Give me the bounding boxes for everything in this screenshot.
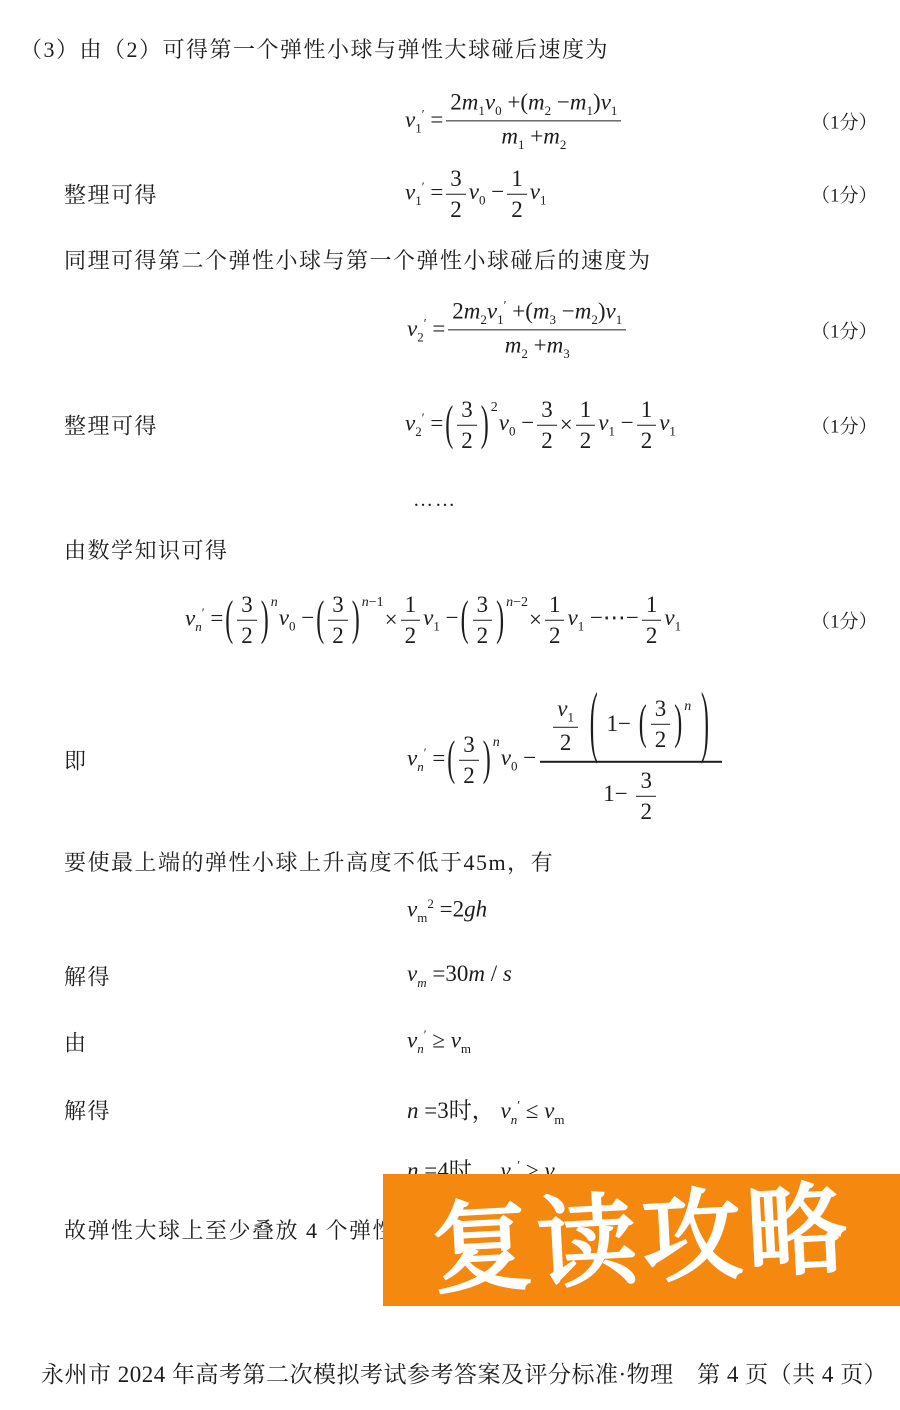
equation-row-6: 即 vn′ = ( 32 ) n v0 − v12 ( 1− ( 32 ) bbox=[0, 680, 900, 840]
fraction: 3 2 bbox=[446, 166, 466, 223]
formula-vm-squared: vm2 =2gh bbox=[407, 896, 487, 926]
formula-vn-ge-vm: vn′ ≥ vm bbox=[407, 1027, 471, 1057]
equation-row-4: 整理可得 v2′ = ( 32 ) 2 v0 − 32 × 12 v1 − 12… bbox=[0, 389, 900, 461]
row-label: 由 bbox=[64, 1027, 88, 1058]
formula-v2-fraction: v2′ = 2m2v1′ +(m3 −m2)v1 m2 +m3 bbox=[407, 298, 629, 361]
math-lhs: v1′ = bbox=[405, 179, 443, 209]
paren-power-fraction: ( 32 ) n−2 bbox=[460, 592, 528, 649]
formula-vn-series: vn′ = ( 32 ) n v0 − ( 32 ) n−1 × 12 v1 −… bbox=[185, 592, 681, 649]
fraction: 2m1v0 +(m2 −m1)v1 m1 +m2 bbox=[446, 89, 621, 152]
equation-row-3: v2′ = 2m2v1′ +(m3 −m2)v1 m2 +m3 （1分） bbox=[0, 288, 900, 372]
score-badge: （1分） bbox=[811, 607, 878, 634]
ellipsis-continuation: …… bbox=[413, 489, 457, 512]
equation-row-5: vn′ = ( 32 ) n v0 − ( 32 ) n−1 × 12 v1 −… bbox=[0, 583, 900, 657]
equation-row-7: vm2 =2gh bbox=[0, 893, 900, 929]
paren-power-fraction: ( 32 ) 2 bbox=[444, 397, 498, 454]
score-badge: （1分） bbox=[811, 108, 878, 135]
paragraph-condition-45m: 要使最上端的弹性小球上升高度不低于45m，有 bbox=[64, 846, 554, 877]
fraction-numerator: 2m2v1′ +(m3 −m2)v1 bbox=[448, 298, 626, 330]
formula-v1-fraction: v1′ = 2m1v0 +(m2 −m1)v1 m1 +m2 bbox=[405, 89, 624, 152]
formula-vm-value: vm =30m / s bbox=[407, 961, 512, 991]
math-lhs: v2′ = bbox=[407, 315, 445, 345]
row-label: 即 bbox=[64, 745, 88, 776]
row-label: 解得 bbox=[64, 961, 111, 992]
equation-row-10: 解得 n =3时， vn′ ≤ vm bbox=[0, 1092, 900, 1128]
big-fraction: v12 ( 1− ( 32 ) n ) 1− 32 bbox=[540, 696, 722, 824]
paren-power-fraction: ( 32 ) n bbox=[446, 732, 500, 789]
formula-n3-case: n =3时， vn′ ≤ vm bbox=[407, 1092, 565, 1128]
paragraph-conclusion: 故弹性大球上至少叠放 4 个弹性小 bbox=[64, 1214, 420, 1245]
watermark-banner: 复读攻略 bbox=[383, 1174, 900, 1306]
score-badge: （1分） bbox=[811, 181, 878, 208]
math-lhs: vn′ = bbox=[407, 745, 445, 775]
formula-vn-closed-form: vn′ = ( 32 ) n v0 − v12 ( 1− ( 32 ) n bbox=[407, 696, 726, 824]
fraction-denominator: m2 +m3 bbox=[501, 331, 574, 362]
score-badge: （1分） bbox=[811, 412, 878, 439]
watermark-text: 复读攻略 bbox=[429, 1179, 854, 1301]
row-label: 整理可得 bbox=[64, 179, 158, 210]
paragraph-similarly: 同理可得第二个弹性小球与第一个弹性小球碰后的速度为 bbox=[64, 244, 652, 275]
fraction-denominator: m1 +m2 bbox=[497, 122, 570, 153]
document-page: （3）由（2）可得第一个弹性小球与弹性大球碰后速度为 v1′ = 2m1v0 +… bbox=[0, 0, 900, 1410]
math-lhs: v1′ = bbox=[405, 106, 443, 136]
page-footer: 永州市 2024 年高考第二次模拟考试参考答案及评分标准·物理 第 4 页（共 … bbox=[41, 1356, 887, 1389]
paragraph-math-knowledge: 由数学知识可得 bbox=[64, 534, 229, 565]
math-lhs: v2′ = bbox=[405, 410, 443, 440]
row-label: 解得 bbox=[64, 1095, 111, 1126]
math-lhs: vn′ = bbox=[185, 605, 223, 635]
equation-row-2: 整理可得 v1′ = 3 2 v0 − 1 2 v1 （1分） bbox=[0, 166, 900, 222]
equation-row-9: 由 vn′ ≥ vm bbox=[0, 1024, 900, 1060]
equation-row-1: v1′ = 2m1v0 +(m2 −m1)v1 m1 +m2 （1分） bbox=[0, 78, 900, 164]
fraction: 2m2v1′ +(m3 −m2)v1 m2 +m3 bbox=[448, 298, 626, 361]
fraction: 1 2 bbox=[507, 166, 527, 223]
paren-power-fraction: ( 32 ) n bbox=[638, 696, 692, 753]
fraction-numerator: 2m1v0 +(m2 −m1)v1 bbox=[446, 89, 621, 121]
score-badge: （1分） bbox=[811, 317, 878, 344]
paren-power-fraction: ( 32 ) n−1 bbox=[315, 592, 383, 649]
equation-row-8: 解得 vm =30m / s bbox=[0, 958, 900, 994]
formula-v1-simplified: v1′ = 3 2 v0 − 1 2 v1 bbox=[405, 166, 546, 223]
paragraph-intro: （3）由（2）可得第一个弹性小球与弹性大球碰后速度为 bbox=[20, 33, 609, 64]
formula-v2-simplified: v2′ = ( 32 ) 2 v0 − 32 × 12 v1 − 12 v1 bbox=[405, 397, 676, 454]
row-label: 整理可得 bbox=[64, 410, 158, 441]
paren-power-fraction: ( 32 ) n bbox=[224, 592, 278, 649]
